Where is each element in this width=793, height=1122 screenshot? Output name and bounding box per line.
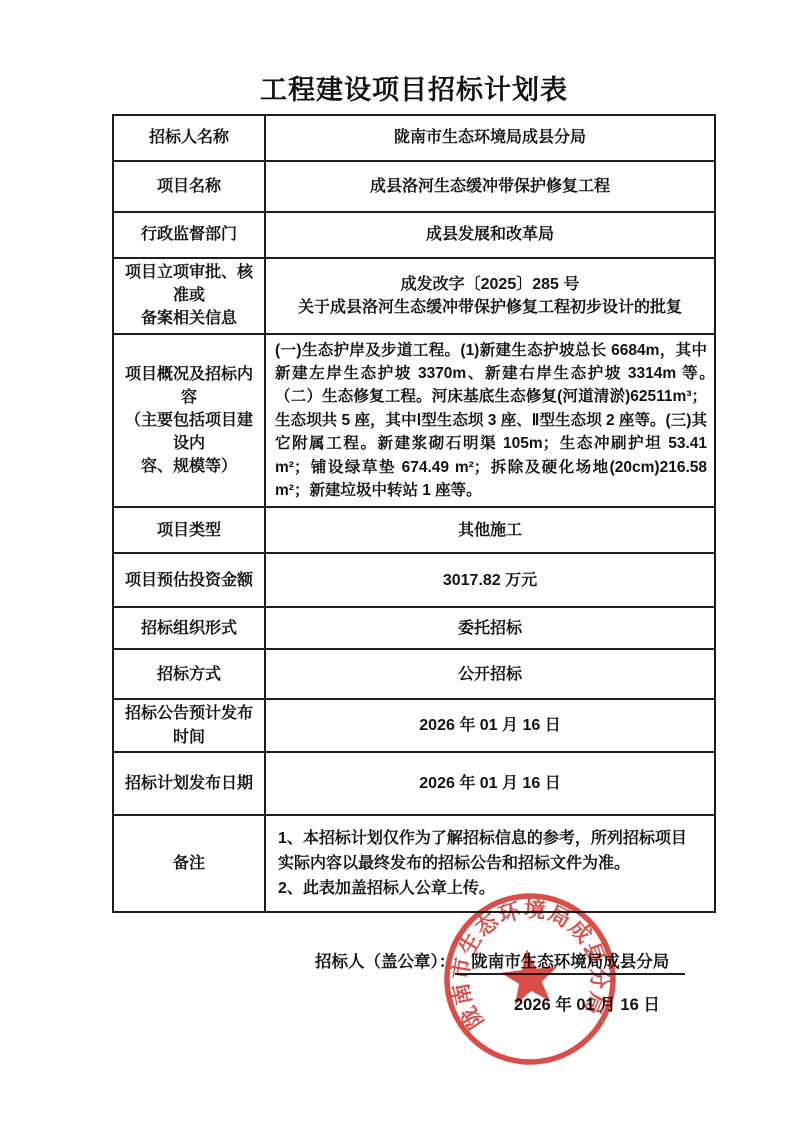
table-row: 行政监督部门 成县发展和改革局 [113, 212, 715, 258]
row-label: 招标计划发布日期 [113, 752, 265, 815]
row-value: 公开招标 [265, 649, 715, 699]
row-label: 招标方式 [113, 649, 265, 699]
row-value: 陇南市生态环境局成县分局 [265, 115, 715, 161]
signature-date: 2026 年 01 月 16 日 [514, 991, 660, 1015]
row-value: 1、本招标计划仅作为了解招标信息的参考，所列招标项目实际内容以最终发布的招标公告… [265, 815, 715, 912]
table-row: 项目立项审批、核准或 备案相关信息 成发改字〔2025〕285 号 关于成县洛河… [113, 258, 715, 334]
table-row: 招标公告预计发布时间 2026 年 01 月 16 日 [113, 699, 715, 751]
row-label: 项目名称 [113, 161, 265, 212]
row-label: 备注 [113, 815, 265, 912]
row-label: 项目预估投资金额 [113, 553, 265, 607]
document-page: 工程建设项目招标计划表 招标人名称 陇南市生态环境局成县分局 项目名称 成县洛河… [0, 0, 793, 1122]
table-row: 项目名称 成县洛河生态缓冲带保护修复工程 [113, 161, 715, 212]
document-title: 工程建设项目招标计划表 [112, 68, 716, 107]
row-label: 招标人名称 [113, 115, 265, 161]
row-label: 项目概况及招标内容 （主要包括项目建设内 容、规模等） [113, 334, 265, 508]
row-value: 成县洛河生态缓冲带保护修复工程 [265, 161, 715, 212]
row-label: 项目类型 [113, 507, 265, 553]
row-value: 委托招标 [265, 607, 715, 649]
row-label: 项目立项审批、核准或 备案相关信息 [113, 258, 265, 334]
row-value: 2026 年 01 月 16 日 [265, 699, 715, 751]
signature-row: 招标人（盖公章）：陇南市生态环境局成县分局 [315, 948, 685, 975]
table-row: 项目类型 其他施工 [113, 507, 715, 553]
table-row: 招标计划发布日期 2026 年 01 月 16 日 [113, 752, 715, 815]
row-value: 3017.82 万元 [265, 553, 715, 607]
table-row: 项目预估投资金额 3017.82 万元 [113, 553, 715, 607]
row-label: 招标组织形式 [113, 607, 265, 649]
row-label: 招标公告预计发布时间 [113, 699, 265, 751]
table-row: 项目概况及招标内容 （主要包括项目建设内 容、规模等） (一)生态护岸及步道工程… [113, 334, 715, 508]
table-row: 备注 1、本招标计划仅作为了解招标信息的参考，所列招标项目实际内容以最终发布的招… [113, 815, 715, 912]
tender-plan-table: 招标人名称 陇南市生态环境局成县分局 项目名称 成县洛河生态缓冲带保护修复工程 … [112, 114, 716, 913]
table-row: 招标方式 公开招标 [113, 649, 715, 699]
signature-name: 陇南市生态环境局成县分局 [455, 948, 685, 975]
row-label: 行政监督部门 [113, 212, 265, 258]
signature-label: 招标人（盖公章）： [315, 953, 455, 971]
row-value: 其他施工 [265, 507, 715, 553]
table-row: 招标组织形式 委托招标 [113, 607, 715, 649]
row-value: (一)生态护岸及步道工程。(1)新建生态护坡总长 6684m，其中新建左岸生态护… [265, 334, 715, 508]
row-value: 成发改字〔2025〕285 号 关于成县洛河生态缓冲带保护修复工程初步设计的批复 [265, 258, 715, 334]
row-value: 2026 年 01 月 16 日 [265, 752, 715, 815]
row-value: 成县发展和改革局 [265, 212, 715, 258]
stamp-circle [439, 888, 621, 1070]
table-row: 招标人名称 陇南市生态环境局成县分局 [113, 115, 715, 161]
